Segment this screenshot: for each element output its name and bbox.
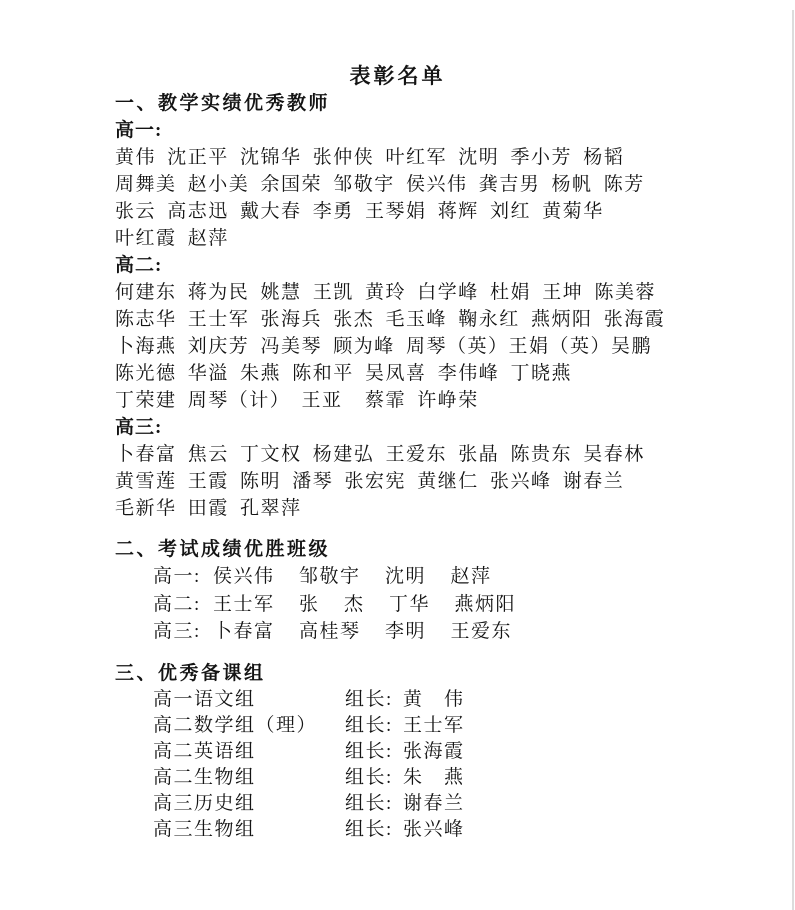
prep-group-row: 高二生物组 组长: 朱 燕 xyxy=(153,765,740,791)
names-line: 陈光德 华溢 朱燕 陈和平 吴凤喜 李伟峰 丁晓燕 xyxy=(115,360,740,387)
names-line: 黄伟 沈正平 沈锦华 张仲侠 叶红军 沈明 季小芳 杨韬 xyxy=(115,144,740,171)
class-winners-row: 高一: 侯兴伟 邹敬宇 沈明 赵萍 xyxy=(153,563,740,591)
prep-group-name: 高二生物组 xyxy=(153,765,345,791)
prep-group-leader: 组长: 张兴峰 xyxy=(345,817,465,843)
names-line: 陈志华 王士军 张海兵 张杰 毛玉峰 鞠永红 燕炳阳 张海霞 xyxy=(115,306,740,333)
prep-group-name: 高二数学组（理） xyxy=(153,713,345,739)
document-page: 表彰名单 一、教学实绩优秀教师 高一: 黄伟 沈正平 沈锦华 张仲侠 叶红军 沈… xyxy=(0,0,795,910)
prep-group-row: 高一语文组 组长: 黄 伟 xyxy=(153,687,740,713)
grade-3-label: 高三: xyxy=(115,414,740,441)
class-winners-row: 高三: 卜春富 高桂琴 李明 王爱东 xyxy=(153,618,740,646)
prep-group-row: 高三历史组 组长: 谢春兰 xyxy=(153,791,740,817)
prep-group-leader: 组长: 朱 燕 xyxy=(345,765,465,791)
grade-1-label: 高一: xyxy=(115,117,740,144)
section-1-heading: 一、教学实绩优秀教师 xyxy=(115,90,740,117)
prep-group-name: 高三历史组 xyxy=(153,791,345,817)
section-3-heading: 三、优秀备课组 xyxy=(115,660,740,687)
names-line: 何建东 蒋为民 姚慧 王凯 黄玲 白学峰 杜娟 王坤 陈美蓉 xyxy=(115,279,740,306)
grade-2-label: 高二: xyxy=(115,252,740,279)
names-line: 黄雪莲 王霞 陈明 潘琴 张宏宪 黄继仁 张兴峰 谢春兰 xyxy=(115,468,740,495)
names-line: 毛新华 田霞 孔翠萍 xyxy=(115,495,740,522)
class-winners-row: 高二: 王士军 张 杰 丁华 燕炳阳 xyxy=(153,591,740,619)
page-edge-line xyxy=(792,10,794,910)
prep-group-leader: 组长: 谢春兰 xyxy=(345,791,465,817)
prep-group-row: 高二英语组 组长: 张海霞 xyxy=(153,739,740,765)
prep-group-name: 高三生物组 xyxy=(153,817,345,843)
names-line: 卜海燕 刘庆芳 冯美琴 顾为峰 周琴（英）王娟（英）吴鹏 xyxy=(115,333,740,360)
section-2-heading: 二、考试成绩优胜班级 xyxy=(115,536,740,563)
prep-group-name: 高一语文组 xyxy=(153,687,345,713)
names-line: 周舞美 赵小美 余国荣 邹敬宇 侯兴伟 龚吉男 杨帆 陈芳 xyxy=(115,171,740,198)
prep-group-row: 高三生物组 组长: 张兴峰 xyxy=(153,817,740,843)
prep-group-leader: 组长: 王士军 xyxy=(345,713,465,739)
prep-group-leader: 组长: 黄 伟 xyxy=(345,687,465,713)
document-content: 一、教学实绩优秀教师 高一: 黄伟 沈正平 沈锦华 张仲侠 叶红军 沈明 季小芳… xyxy=(0,90,795,843)
prep-group-leader: 组长: 张海霞 xyxy=(345,739,465,765)
names-line: 卜春富 焦云 丁文权 杨建弘 王爱东 张晶 陈贵东 吴春林 xyxy=(115,441,740,468)
names-line: 丁荣建 周琴（计） 王亚 蔡霏 许峥荣 xyxy=(115,387,740,414)
page-title: 表彰名单 xyxy=(0,62,795,90)
names-line: 张云 高志迅 戴大春 李勇 王琴娟 蒋辉 刘红 黄菊华 xyxy=(115,198,740,225)
names-line: 叶红霞 赵萍 xyxy=(115,225,740,252)
prep-group-name: 高二英语组 xyxy=(153,739,345,765)
prep-group-row: 高二数学组（理） 组长: 王士军 xyxy=(153,713,740,739)
